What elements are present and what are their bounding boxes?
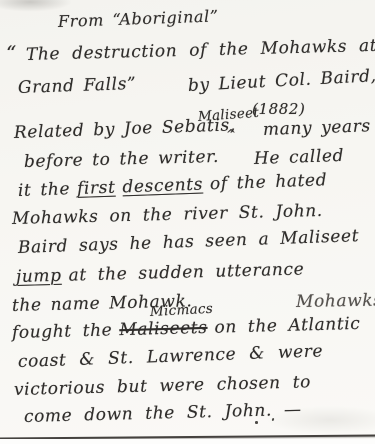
body-line-5a: before to the writer. [24, 148, 219, 173]
body-line-14: come down the St. John. — [24, 401, 302, 428]
opening-quote-mark: “ [6, 42, 17, 65]
struck-word-maliseets: Maliseets [119, 318, 208, 340]
scan-margin [0, 439, 375, 444]
title-line-2: Grand Falls” [18, 75, 137, 99]
body-line-8: Baird says he has seen a Maliseet [18, 227, 360, 258]
body-line-11-post: on the Atlantic [214, 314, 360, 338]
body-line-11-pre: fought the [12, 320, 113, 343]
byline: by Lieut Col. Baird, [187, 67, 375, 96]
underlined-word-descents: descents [122, 175, 203, 198]
body-line-12: coast & St. Lawrence & were [18, 342, 324, 372]
body-line-6-post: of the hated [210, 170, 328, 194]
body-line-5b: He called [254, 147, 345, 170]
body-line-13: victorious but were chosen to [14, 373, 312, 400]
ink-dot [255, 421, 258, 424]
body-line-9: jumpat the sudden utterance [16, 260, 305, 287]
body-line-6: it thefirstdescentsof the hated [18, 171, 328, 201]
underlined-word-first: first [77, 178, 116, 199]
body-line-7: Mohawks on the river St. John. [12, 202, 323, 230]
manuscript-scan: From “Aboriginal” “ The destruction of t… [0, 0, 375, 444]
body-line-6-pre: it the [18, 179, 71, 201]
body-line-4a: Related by Joe Sebatis, [14, 116, 236, 143]
body-line-10b: Mohawks [296, 291, 375, 312]
underlined-word-jump: jump [16, 266, 62, 287]
title-line-1: The destruction of the Mohawks at [26, 37, 375, 66]
year: (1882) [252, 101, 305, 118]
body-line-11: fought theMaliseetson the Atlantic [12, 315, 361, 344]
body-line-9-rest: at the sudden utterance [68, 259, 304, 285]
body-line-4b: many years [263, 117, 371, 140]
manuscript-heading: From “Aboriginal” [58, 7, 219, 31]
